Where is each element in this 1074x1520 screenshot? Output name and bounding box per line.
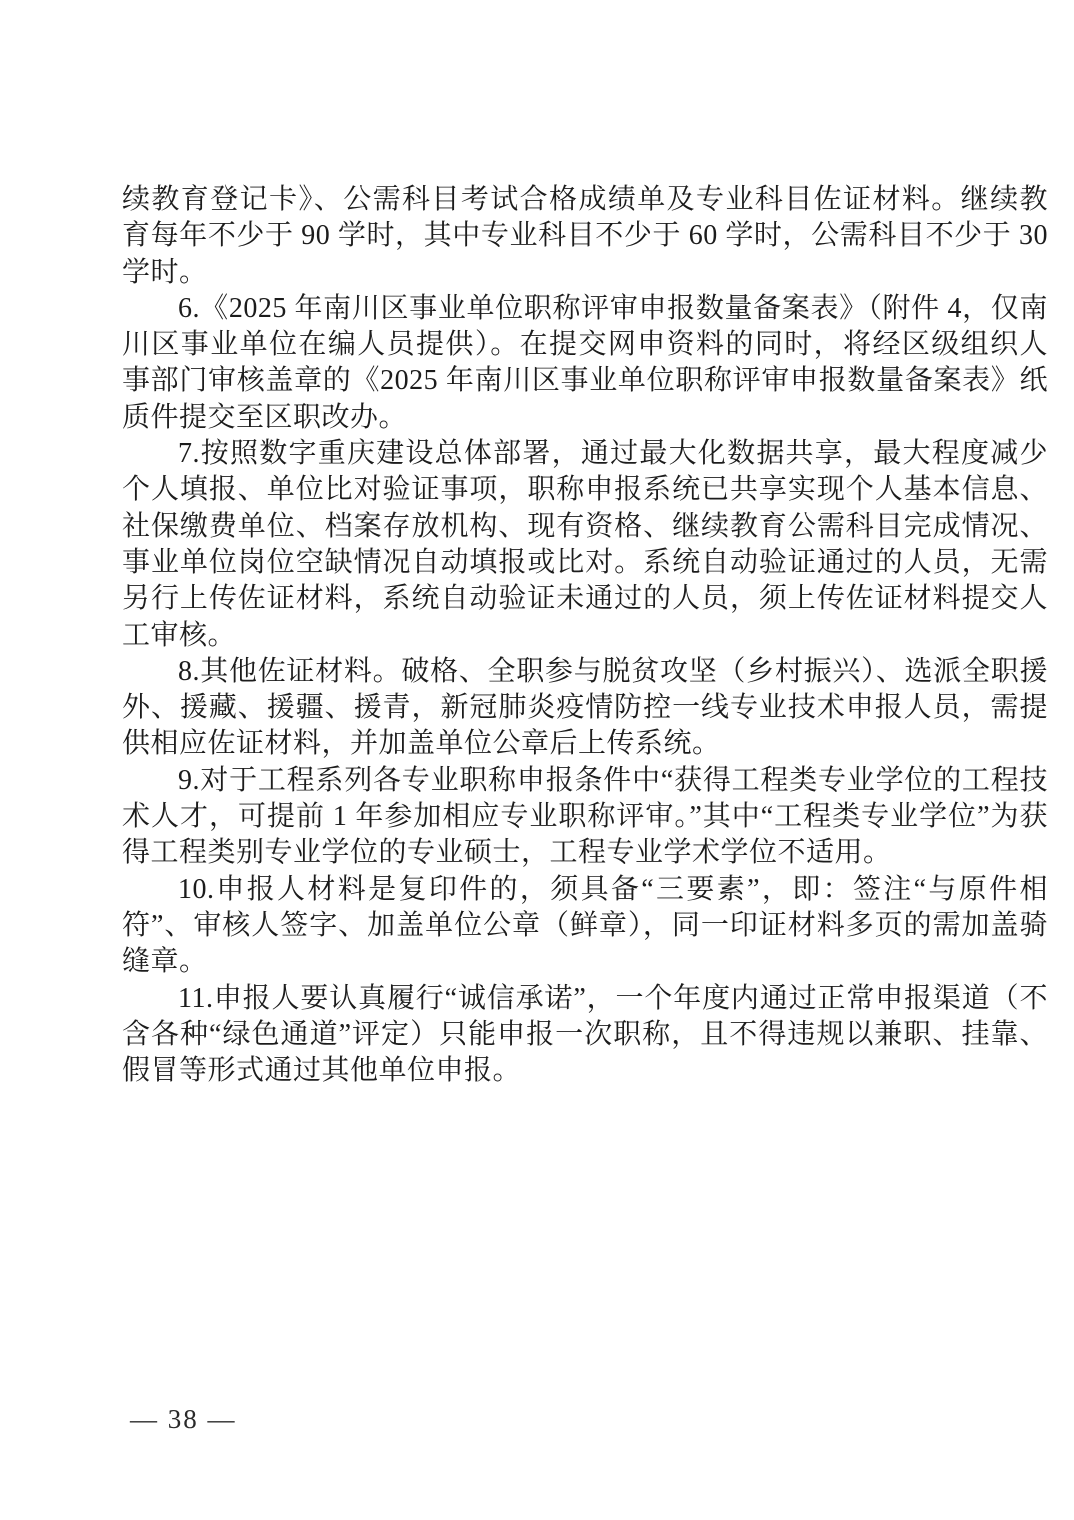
paragraph-item-9: 9.对于工程系列各专业职称申报条件中“获得工程类专业学位的工程技术人才，可提前 …: [122, 763, 1048, 872]
paragraph-continuation: 续教育登记卡》、公需科目考试合格成绩单及专业科目佐证材料。继续教育每年不少于 9…: [122, 182, 1048, 291]
page-number: — 38 —: [130, 1404, 237, 1435]
paragraph-item-10: 10.申报人材料是复印件的，须具备“三要素”，即：签注“与原件相符”、审核人签字…: [122, 872, 1048, 981]
paragraph-item-11: 11.申报人要认真履行“诚信承诺”，一个年度内通过正常申报渠道（不含各种“绿色通…: [122, 981, 1048, 1090]
document-body: 续教育登记卡》、公需科目考试合格成绩单及专业科目佐证材料。继续教育每年不少于 9…: [122, 182, 1048, 1089]
paragraph-item-6: 6.《2025 年南川区事业单位职称评审申报数量备案表》（附件 4，仅南川区事业…: [122, 291, 1048, 436]
paragraph-item-7: 7.按照数字重庆建设总体部署，通过最大化数据共享，最大程度减少个人填报、单位比对…: [122, 436, 1048, 654]
paragraph-item-8: 8.其他佐证材料。破格、全职参与脱贫攻坚（乡村振兴）、选派全职援外、援藏、援疆、…: [122, 654, 1048, 763]
document-page: 续教育登记卡》、公需科目考试合格成绩单及专业科目佐证材料。继续教育每年不少于 9…: [0, 0, 1074, 1520]
